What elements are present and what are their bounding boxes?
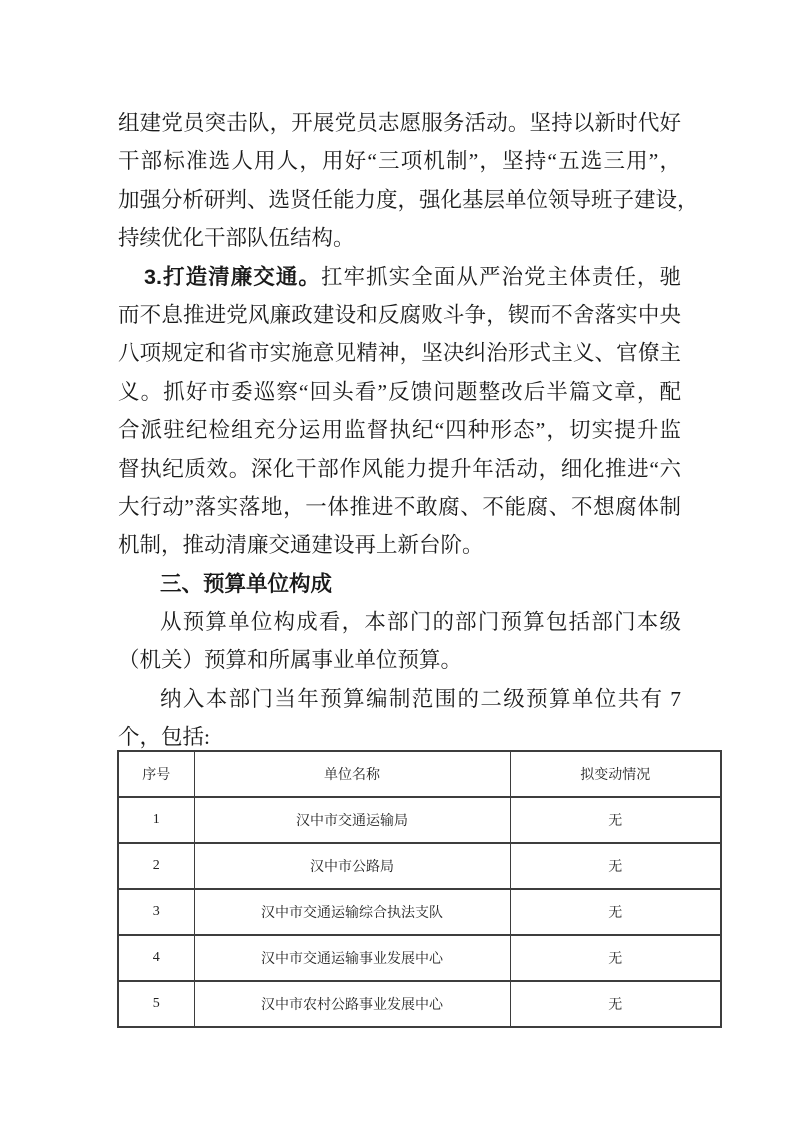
cell-seq: 5 (118, 981, 194, 1027)
text-line: 纳入本部门当年预算编制范围的二级预算单位共有 7 (118, 680, 681, 718)
text-line: 督执纪质效。深化干部作风能力提升年活动，细化推进“六 (118, 450, 681, 488)
text-line: （机关）预算和所属事业单位预算。 (118, 641, 681, 679)
text-line: 组建党员突击队，开展党员志愿服务活动。坚持以新时代好 (118, 104, 681, 142)
cell-name: 汉中市交通运输局 (194, 797, 510, 843)
table-row: 1 汉中市交通运输局 无 (118, 797, 721, 843)
document-page: 组建党员突击队，开展党员志愿服务活动。坚持以新时代好 干部标准选人用人，用好“三… (0, 0, 793, 1122)
cell-seq: 1 (118, 797, 194, 843)
col-header-name: 单位名称 (194, 751, 510, 797)
document-body: 组建党员突击队，开展党员志愿服务活动。坚持以新时代好 干部标准选人用人，用好“三… (118, 104, 681, 757)
cell-seq: 2 (118, 843, 194, 889)
text-line: 3.打造清廉交通。扛牢抓实全面从严治党主体责任，驰 (118, 258, 681, 296)
table-header-row: 序号 单位名称 拟变动情况 (118, 751, 721, 797)
text-line: 八项规定和省市实施意见精神，坚决纠治形式主义、官僚主 (118, 334, 681, 372)
cell-change: 无 (510, 981, 721, 1027)
budget-units-table: 序号 单位名称 拟变动情况 1 汉中市交通运输局 无 2 汉中市公路局 无 3 … (117, 750, 722, 1028)
text-line: 大行动”落实落地，一体推进不敢腐、不能腐、不想腐体制 (118, 488, 681, 526)
cell-change: 无 (510, 935, 721, 981)
col-header-seq: 序号 (118, 751, 194, 797)
text-line: 持续优化干部队伍结构。 (118, 219, 681, 257)
text-line: 而不息推进党风廉政建设和反腐败斗争，锲而不舍落实中央 (118, 296, 681, 334)
cell-name: 汉中市交通运输综合执法支队 (194, 889, 510, 935)
text-line: 干部标准选人用人，用好“三项机制”，坚持“五选三用”， (118, 142, 681, 180)
cell-seq: 3 (118, 889, 194, 935)
cell-change: 无 (510, 843, 721, 889)
table-row: 4 汉中市交通运输事业发展中心 无 (118, 935, 721, 981)
text-line: 加强分析研判、选贤任能力度，强化基层单位领导班子建设， (118, 181, 681, 219)
col-header-change: 拟变动情况 (510, 751, 721, 797)
text-line: 从预算单位构成看，本部门的部门预算包括部门本级 (118, 603, 681, 641)
table-row: 2 汉中市公路局 无 (118, 843, 721, 889)
table-row: 5 汉中市农村公路事业发展中心 无 (118, 981, 721, 1027)
table-row: 3 汉中市交通运输综合执法支队 无 (118, 889, 721, 935)
text-line: 机制，推动清廉交通建设再上新台阶。 (118, 526, 681, 564)
cell-seq: 4 (118, 935, 194, 981)
text-line: 义。抓好市委巡察“回头看”反馈问题整改后半篇文章，配 (118, 373, 681, 411)
section-heading: 三、预算单位构成 (118, 565, 681, 603)
cell-name: 汉中市交通运输事业发展中心 (194, 935, 510, 981)
text-line: 合派驻纪检组充分运用监督执纪“四种形态”，切实提升监 (118, 411, 681, 449)
cell-change: 无 (510, 889, 721, 935)
paragraph-bold-lead: 3.打造清廉交通。 (144, 265, 321, 289)
cell-name: 汉中市农村公路事业发展中心 (194, 981, 510, 1027)
cell-change: 无 (510, 797, 721, 843)
paragraph-text: 扛牢抓实全面从严治党主体责任，驰 (321, 265, 681, 289)
cell-name: 汉中市公路局 (194, 843, 510, 889)
